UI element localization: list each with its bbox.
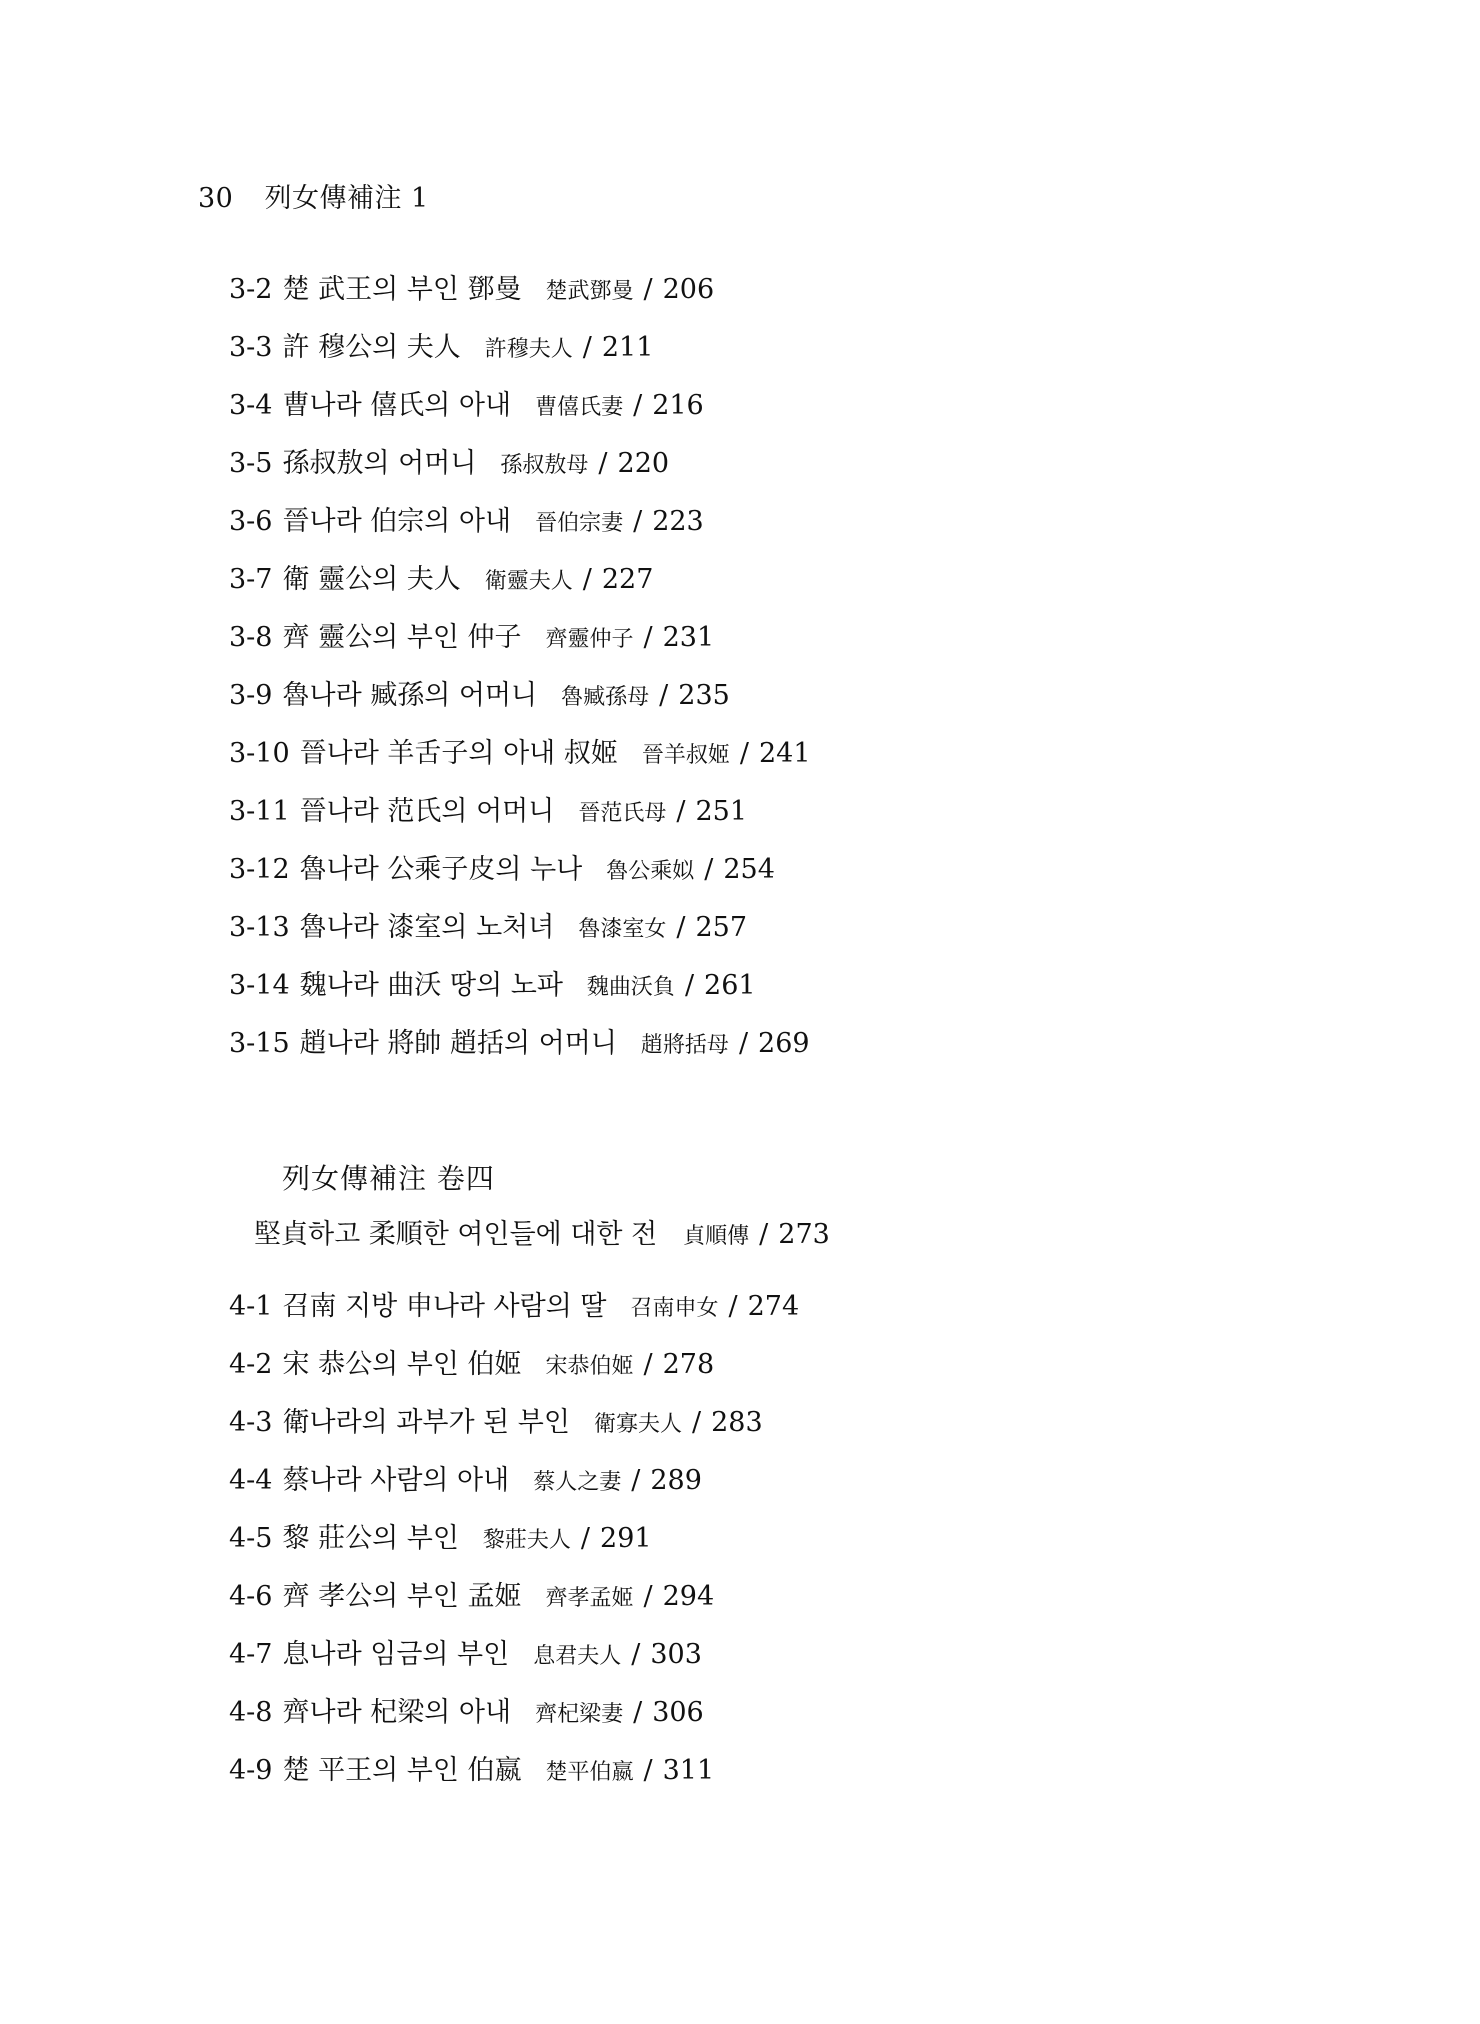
separator: / — [644, 1581, 653, 1612]
entry-title: 召南 지방 申나라 사람의 딸 — [282, 1291, 606, 1322]
entry-page: 216 — [652, 390, 704, 421]
entry-hanja: 召南申女 — [630, 1296, 718, 1321]
entry-page: 303 — [650, 1639, 702, 1670]
entry-hanja: 魯臧孫母 — [561, 685, 649, 710]
toc-entry[interactable]: 4-4蔡나라 사람의 아내蔡人之妻/289 — [229, 1463, 702, 1499]
entry-hanja: 齊孝孟姬 — [545, 1586, 633, 1611]
toc-entry[interactable]: 4-8齊나라 杞梁의 아내齊杞梁妻/306 — [229, 1695, 704, 1731]
separator: / — [729, 1291, 738, 1322]
entry-title: 晉나라 羊舌子의 아내 叔姬 — [300, 738, 618, 769]
toc-entry[interactable]: 3-4曹나라 僖氏의 아내曹僖氏妻/216 — [229, 388, 704, 424]
separator: / — [739, 1028, 748, 1059]
separator: / — [598, 448, 607, 479]
entry-hanja: 衛靈夫人 — [485, 569, 573, 594]
entry-title: 晉나라 范氏의 어머니 — [300, 796, 555, 827]
entry-hanja: 許穆夫人 — [485, 337, 573, 362]
entry-page: 227 — [602, 564, 654, 595]
separator: / — [692, 1407, 701, 1438]
volume-subtitle: 堅貞하고 柔順한 여인들에 대한 전 — [254, 1219, 657, 1250]
entry-hanja: 蔡人之妻 — [533, 1470, 621, 1495]
toc-entry[interactable]: 3-5孫叔敖의 어머니孫叔敖母/220 — [229, 446, 669, 482]
entry-hanja: 孫叔敖母 — [500, 453, 588, 478]
page-number: 30 — [198, 183, 233, 214]
separator: / — [740, 738, 749, 769]
volume-subtitle-entry[interactable]: 堅貞하고 柔順한 여인들에 대한 전貞順傳/273 — [254, 1212, 830, 1251]
toc-entry[interactable]: 3-12魯나라 公乘子皮의 누나魯公乘姒/254 — [229, 852, 775, 888]
entry-page: 269 — [758, 1028, 810, 1059]
entry-page: 220 — [618, 448, 670, 479]
entry-hanja: 魯漆室女 — [578, 917, 666, 942]
entry-page: 251 — [695, 796, 747, 827]
entry-hanja: 魯公乘姒 — [606, 859, 694, 884]
entry-title: 息나라 임금의 부인 — [282, 1639, 509, 1670]
toc-entry[interactable]: 3-3許 穆公의 夫人許穆夫人/211 — [229, 330, 653, 366]
separator: / — [676, 796, 685, 827]
entry-page: 231 — [663, 622, 715, 653]
entry-title: 齊 孝公의 부인 孟姬 — [282, 1581, 521, 1612]
entry-title: 趙나라 將帥 趙括의 어머니 — [300, 1028, 617, 1059]
entry-page: 223 — [652, 506, 704, 537]
separator: / — [644, 1755, 653, 1786]
entry-title: 魏나라 曲沃 땅의 노파 — [300, 970, 563, 1001]
toc-entry[interactable]: 3-7衛 靈公의 夫人衛靈夫人/227 — [229, 562, 653, 598]
toc-entry[interactable]: 3-13魯나라 漆室의 노처녀魯漆室女/257 — [229, 910, 747, 946]
toc-entry[interactable]: 3-6晉나라 伯宗의 아내晉伯宗妻/223 — [229, 504, 704, 540]
toc-entry[interactable]: 4-6齊 孝公의 부인 孟姬齊孝孟姬/294 — [229, 1579, 714, 1615]
entry-page: 291 — [600, 1523, 652, 1554]
toc-entry[interactable]: 3-11晉나라 范氏의 어머니晉范氏母/251 — [229, 794, 747, 830]
toc-entry[interactable]: 4-7息나라 임금의 부인息君夫人/303 — [229, 1637, 702, 1673]
entry-number: 4-8 — [229, 1697, 272, 1728]
entry-page: 257 — [695, 912, 747, 943]
entry-number: 3-14 — [229, 970, 290, 1001]
entry-hanja: 衛寡夫人 — [594, 1412, 682, 1437]
entry-number: 3-13 — [229, 912, 290, 943]
entry-hanja: 息君夫人 — [533, 1644, 621, 1669]
entry-title: 晉나라 伯宗의 아내 — [282, 506, 511, 537]
entry-title: 黎 莊公의 부인 — [282, 1523, 458, 1554]
entry-hanja: 黎莊夫人 — [483, 1528, 571, 1553]
entry-number: 4-1 — [229, 1291, 272, 1322]
entry-hanja: 曹僖氏妻 — [535, 395, 623, 420]
separator: / — [583, 332, 592, 363]
separator: / — [581, 1523, 590, 1554]
entry-page: 241 — [759, 738, 811, 769]
toc-entry[interactable]: 4-3衛나라의 과부가 된 부인衛寡夫人/283 — [229, 1405, 763, 1441]
entry-title: 許 穆公의 夫人 — [282, 332, 460, 363]
entry-number: 3-15 — [229, 1028, 290, 1059]
entry-hanja: 趙將括母 — [641, 1033, 729, 1058]
entry-page: 278 — [663, 1349, 715, 1380]
separator: / — [644, 274, 653, 305]
running-head: 30 列女傳補注 1 — [198, 176, 429, 215]
entry-hanja: 魏曲沃負 — [587, 975, 675, 1000]
separator: / — [633, 1697, 642, 1728]
separator: / — [644, 1349, 653, 1380]
entry-title: 蔡나라 사람의 아내 — [282, 1465, 509, 1496]
toc-entry[interactable]: 3-10晉나라 羊舌子의 아내 叔姬晉羊叔姬/241 — [229, 736, 811, 772]
entry-hanja: 宋恭伯姬 — [545, 1354, 633, 1379]
entry-title: 齊나라 杞梁의 아내 — [282, 1697, 511, 1728]
volume-title: 列女傳補注 卷四 — [282, 1157, 495, 1197]
entry-number: 4-7 — [229, 1639, 272, 1670]
entry-number: 3-6 — [229, 506, 272, 537]
separator: / — [676, 912, 685, 943]
entry-number: 3-12 — [229, 854, 290, 885]
toc-entry[interactable]: 4-2宋 恭公의 부인 伯姬宋恭伯姬/278 — [229, 1347, 714, 1383]
separator: / — [633, 506, 642, 537]
entry-number: 3-11 — [229, 796, 290, 827]
entry-hanja: 晉伯宗妻 — [535, 511, 623, 536]
entry-title: 魯나라 公乘子皮의 누나 — [300, 854, 583, 885]
toc-entry[interactable]: 3-2楚 武王의 부인 鄧曼楚武鄧曼/206 — [229, 272, 714, 308]
entry-number: 4-9 — [229, 1755, 272, 1786]
entry-title: 衛나라의 과부가 된 부인 — [282, 1407, 570, 1438]
entry-hanja: 楚武鄧曼 — [545, 279, 633, 304]
entry-page: 261 — [704, 970, 756, 1001]
entry-page: 289 — [650, 1465, 702, 1496]
separator: / — [759, 1219, 768, 1250]
entry-page: 306 — [652, 1697, 704, 1728]
entry-number: 3-10 — [229, 738, 290, 769]
entry-hanja: 齊靈仲子 — [545, 627, 633, 652]
entry-page: 211 — [602, 332, 654, 363]
entry-number: 3-4 — [229, 390, 272, 421]
entry-title: 魯나라 漆室의 노처녀 — [300, 912, 555, 943]
entry-hanja: 楚平伯嬴 — [545, 1760, 633, 1785]
entry-number: 4-3 — [229, 1407, 272, 1438]
toc-entry[interactable]: 3-8齊 靈公의 부인 仲子齊靈仲子/231 — [229, 620, 714, 656]
entry-title: 衛 靈公의 夫人 — [282, 564, 460, 595]
toc-entry[interactable]: 3-14魏나라 曲沃 땅의 노파魏曲沃負/261 — [229, 968, 756, 1004]
entry-page: 254 — [723, 854, 775, 885]
entry-title: 魯나라 臧孫의 어머니 — [282, 680, 537, 711]
separator: / — [631, 1639, 640, 1670]
entry-number: 3-7 — [229, 564, 272, 595]
volume-subtitle-hanja: 貞順傳 — [683, 1224, 749, 1249]
entry-title: 楚 平王의 부인 伯嬴 — [282, 1755, 521, 1786]
entry-number: 4-5 — [229, 1523, 272, 1554]
entry-number: 4-2 — [229, 1349, 272, 1380]
entry-title: 齊 靈公의 부인 仲子 — [282, 622, 521, 653]
separator: / — [633, 390, 642, 421]
entry-title: 曹나라 僖氏의 아내 — [282, 390, 511, 421]
separator: / — [644, 622, 653, 653]
separator: / — [631, 1465, 640, 1496]
entry-number: 3-5 — [229, 448, 272, 479]
entry-page: 206 — [663, 274, 715, 305]
entry-number: 3-8 — [229, 622, 272, 653]
entry-hanja: 晉羊叔姬 — [642, 743, 730, 768]
entry-page: 235 — [678, 680, 730, 711]
entry-page: 294 — [663, 1581, 715, 1612]
entry-page: 274 — [748, 1291, 800, 1322]
entry-title: 楚 武王의 부인 鄧曼 — [282, 274, 521, 305]
book-title: 列女傳補注 1 — [264, 183, 428, 214]
separator: / — [659, 680, 668, 711]
separator: / — [685, 970, 694, 1001]
volume-page: 273 — [778, 1219, 830, 1250]
entry-number: 4-6 — [229, 1581, 272, 1612]
entry-page: 311 — [663, 1755, 715, 1786]
entry-hanja: 晉范氏母 — [578, 801, 666, 826]
toc-entry[interactable]: 3-9魯나라 臧孫의 어머니魯臧孫母/235 — [229, 678, 730, 714]
toc-entry[interactable]: 4-5黎 莊公의 부인黎莊夫人/291 — [229, 1521, 652, 1557]
entry-title: 孫叔敖의 어머니 — [282, 448, 476, 479]
entry-number: 4-4 — [229, 1465, 272, 1496]
separator: / — [704, 854, 713, 885]
separator: / — [583, 564, 592, 595]
entry-page: 283 — [711, 1407, 763, 1438]
entry-hanja: 齊杞梁妻 — [535, 1702, 623, 1727]
entry-title: 宋 恭公의 부인 伯姬 — [282, 1349, 521, 1380]
toc-entry[interactable]: 3-15趙나라 將帥 趙括의 어머니趙將括母/269 — [229, 1026, 810, 1062]
toc-entry[interactable]: 4-9楚 平王의 부인 伯嬴楚平伯嬴/311 — [229, 1753, 714, 1789]
entry-number: 3-3 — [229, 332, 272, 363]
toc-entry[interactable]: 4-1召南 지방 申나라 사람의 딸召南申女/274 — [229, 1289, 799, 1325]
entry-number: 3-2 — [229, 274, 272, 305]
entry-number: 3-9 — [229, 680, 272, 711]
